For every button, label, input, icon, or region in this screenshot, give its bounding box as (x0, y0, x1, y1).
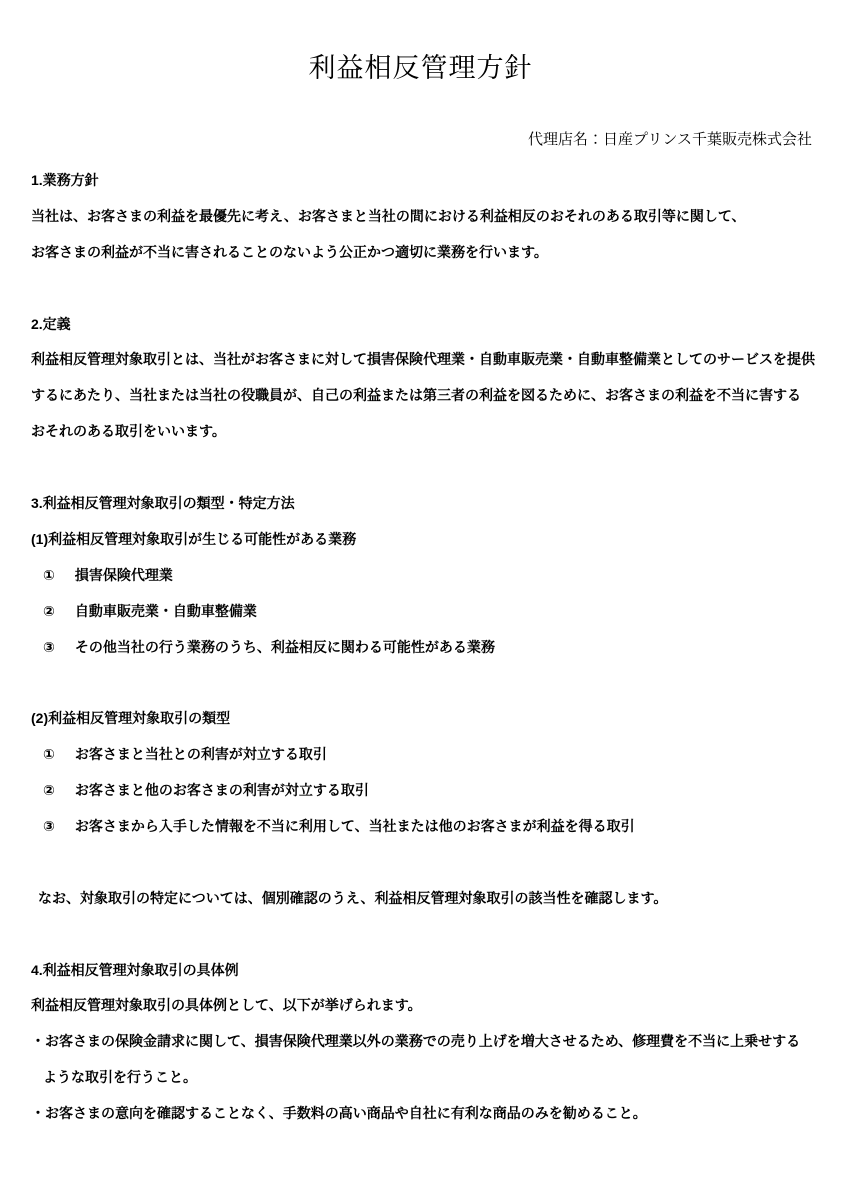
section-2-paragraph-line-1: 利益相反管理対象取引とは、当社がお客さまに対して損害保険代理業・自動車販売業・自… (31, 342, 813, 378)
agency-name-line: 代理店名：日産プリンス千葉販売株式会社 (528, 129, 812, 151)
blank-line (31, 845, 813, 881)
section-1-paragraph-line-2: お客さまの利益が不当に害されることのないよう公正かつ適切に業務を行います。 (31, 235, 813, 271)
list-item: ③その他当社の行う業務のうち、利益相反に関わる可能性がある業務 (31, 630, 813, 666)
list-item: ②自動車販売業・自動車整備業 (31, 594, 813, 630)
section-4-example-2-line-1: ・お客さまの意向を確認することなく、手数料の高い商品や自社に有利な商品のみを勧め… (31, 1096, 813, 1132)
section-2-heading: 2.定義 (31, 307, 813, 343)
list-item: ①お客さまと当社との利害が対立する取引 (31, 737, 813, 773)
list-item-text: 損害保険代理業 (75, 567, 173, 583)
section-4-heading: 4.利益相反管理対象取引の具体例 (31, 953, 813, 989)
list-item-marker: ② (43, 594, 55, 630)
blank-line (31, 917, 813, 953)
list-item-text: その他当社の行う業務のうち、利益相反に関わる可能性がある業務 (75, 639, 495, 655)
list-item-marker: ① (43, 558, 55, 594)
document-page: 利益相反管理方針 代理店名：日産プリンス千葉販売株式会社 1.業務方針 当社は、… (0, 0, 841, 1191)
list-item-text: お客さまと当社との利害が対立する取引 (75, 746, 327, 762)
list-item-marker: ② (43, 773, 55, 809)
section-1-paragraph-line-1: 当社は、お客さまの利益を最優先に考え、お客さまと当社の間における利益相反のおそれ… (31, 199, 813, 235)
list-item: ②お客さまと他のお客さまの利害が対立する取引 (31, 773, 813, 809)
blank-line (31, 665, 813, 701)
list-item-marker: ③ (43, 630, 55, 666)
section-4-example-1-line-1: ・お客さまの保険金請求に関して、損害保険代理業以外の業務での売り上げを増大させる… (31, 1024, 813, 1060)
section-4-example-1-line-2: ような取引を行うこと。 (31, 1060, 813, 1096)
section-1-heading: 1.業務方針 (31, 163, 813, 199)
list-item-marker: ① (43, 737, 55, 773)
section-3-2-heading: (2)利益相反管理対象取引の類型 (31, 701, 813, 737)
list-item-text: 自動車販売業・自動車整備業 (75, 603, 257, 619)
list-item: ①損害保険代理業 (31, 558, 813, 594)
section-3-heading: 3.利益相反管理対象取引の類型・特定方法 (31, 486, 813, 522)
section-2-paragraph-line-3: おそれのある取引をいいます。 (31, 414, 813, 450)
blank-line (31, 450, 813, 486)
section-4-intro: 利益相反管理対象取引の具体例として、以下が挙げられます。 (31, 988, 813, 1024)
list-item: ③お客さまから入手した情報を不当に利用して、当社または他のお客さまが利益を得る取… (31, 809, 813, 845)
document-body: 1.業務方針 当社は、お客さまの利益を最優先に考え、お客さまと当社の間における利… (31, 163, 813, 1132)
section-3-1-heading: (1)利益相反管理対象取引が生じる可能性がある業務 (31, 522, 813, 558)
list-item-text: お客さまから入手した情報を不当に利用して、当社または他のお客さまが利益を得る取引 (75, 818, 635, 834)
list-item-marker: ③ (43, 809, 55, 845)
page-title: 利益相反管理方針 (0, 51, 841, 85)
list-item-text: お客さまと他のお客さまの利害が対立する取引 (75, 782, 369, 798)
section-2-paragraph-line-2: するにあたり、当社または当社の役職員が、自己の利益または第三者の利益を図るために… (31, 378, 813, 414)
blank-line (31, 271, 813, 307)
section-3-note: なお、対象取引の特定については、個別確認のうえ、利益相反管理対象取引の該当性を確… (31, 881, 813, 917)
